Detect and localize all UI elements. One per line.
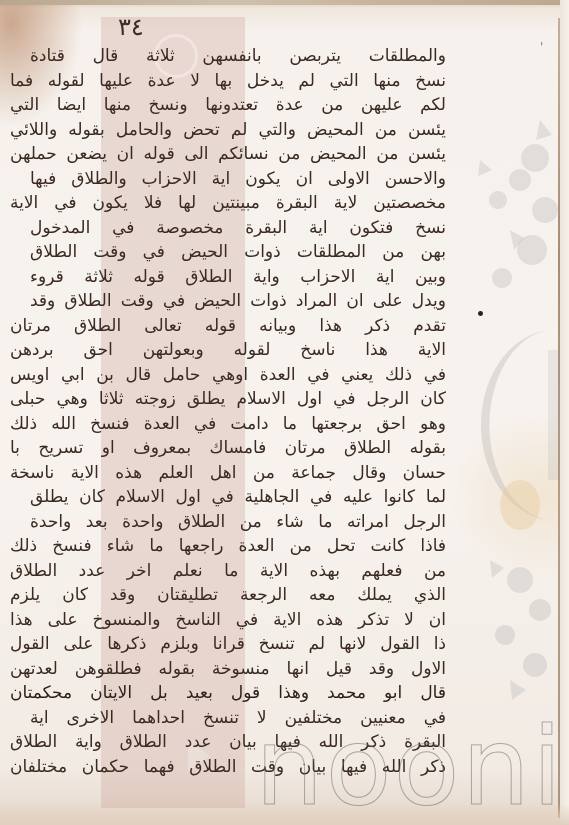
page-top-edge (0, 0, 569, 5)
text-line: كان الرجل في اول الاسلام يطلق زوجته ثلاث… (10, 387, 446, 412)
text-line: ويدل على ان المراد ذوات الحيض في وقت الط… (10, 289, 446, 314)
corner-mark: ' (540, 40, 543, 54)
watermark-text: noonir (255, 718, 569, 818)
text-line: فاذا كانت تحل من العدة راجعها ما شاء فنس… (10, 534, 446, 559)
manuscript-page: ٣٤ ' والمطلقات يتربصن بانفسهن ثلاثة قال … (0, 0, 569, 825)
text-line: لكم عليهن من عدة تعتدونها ونسخ منها ايضا… (10, 93, 446, 118)
page-number: ٣٤ (118, 13, 144, 41)
floral-watermark-icon (440, 100, 565, 300)
text-line: الاية هذا ناسخ لقوله وبعولتهن احق بردهن (10, 338, 446, 363)
text-line: الاول وقد قيل انها منسوخة بقوله فطلقوهن … (10, 657, 446, 682)
text-line: يئسن من المحيض والتي لم تحض والحامل بقول… (10, 118, 446, 143)
text-line: الذي يملك معه الرجعة تطليقتان وقد كان يل… (10, 583, 446, 608)
text-line: نسخ منها التي لم يدخل بها لا عدة عليها ل… (10, 69, 446, 94)
text-line: من فعلهم بهذه الاية ما نعلم اخر عدد الطل… (10, 559, 446, 584)
text-line: وبين اية الاحزاب واية الطلاق قوله ثلاثة … (10, 265, 446, 290)
text-line: الرجل امراته ما شاء من الطلاق واحدة بعد … (10, 510, 446, 535)
text-line: لما كانوا عليه في الجاهلية في اول الاسلا… (10, 485, 446, 510)
text-line: ذا القول لانها لم تنسخ قرانا وبلزم ذكرها… (10, 632, 446, 657)
text-line: تقدم ذكر هذا وبيانه قوله تعالى الطلاق مر… (10, 314, 446, 339)
text-line: بقوله الطلاق مرتان فامساك بمعروف او تسري… (10, 436, 446, 461)
text-line: بهن من المطلقات ذوات الحيض في وقت الطلاق (10, 240, 446, 265)
text-line: حسان وقال جماعة من اهل العلم هذه الاية ن… (10, 461, 446, 486)
text-line: في ذلك يعني في العدة اوهي حامل قال بن اب… (10, 363, 446, 388)
text-line: يئسن من المحيض من نسائكم الى قوله ان يضع… (10, 142, 446, 167)
paper-stain (500, 480, 540, 530)
manuscript-text: والمطلقات يتربصن بانفسهن ثلاثة قال قتادة… (10, 44, 446, 779)
text-line: والمطلقات يتربصن بانفسهن ثلاثة قال قتادة (10, 44, 446, 69)
text-line: قال ابو محمد وهذا قول بعيد بل الايتان مح… (10, 681, 446, 706)
margin-dot (478, 311, 483, 316)
text-line: ان لا تذكر هذه الاية في الناسخ والمنسوخ … (10, 608, 446, 633)
floral-watermark-icon (470, 540, 565, 710)
text-line: وهو احق برجعتها ما دامت في العدة فنسخ ال… (10, 412, 446, 437)
text-line: نسخ فتكون اية البقرة مخصوصة في المدخول (10, 216, 446, 241)
text-line: مخصصتين لاية البقرة مبينتين لها فلا يكون… (10, 191, 446, 216)
text-line: والاحسن الاولى ان يكون اية الاحزاب والطل… (10, 167, 446, 192)
